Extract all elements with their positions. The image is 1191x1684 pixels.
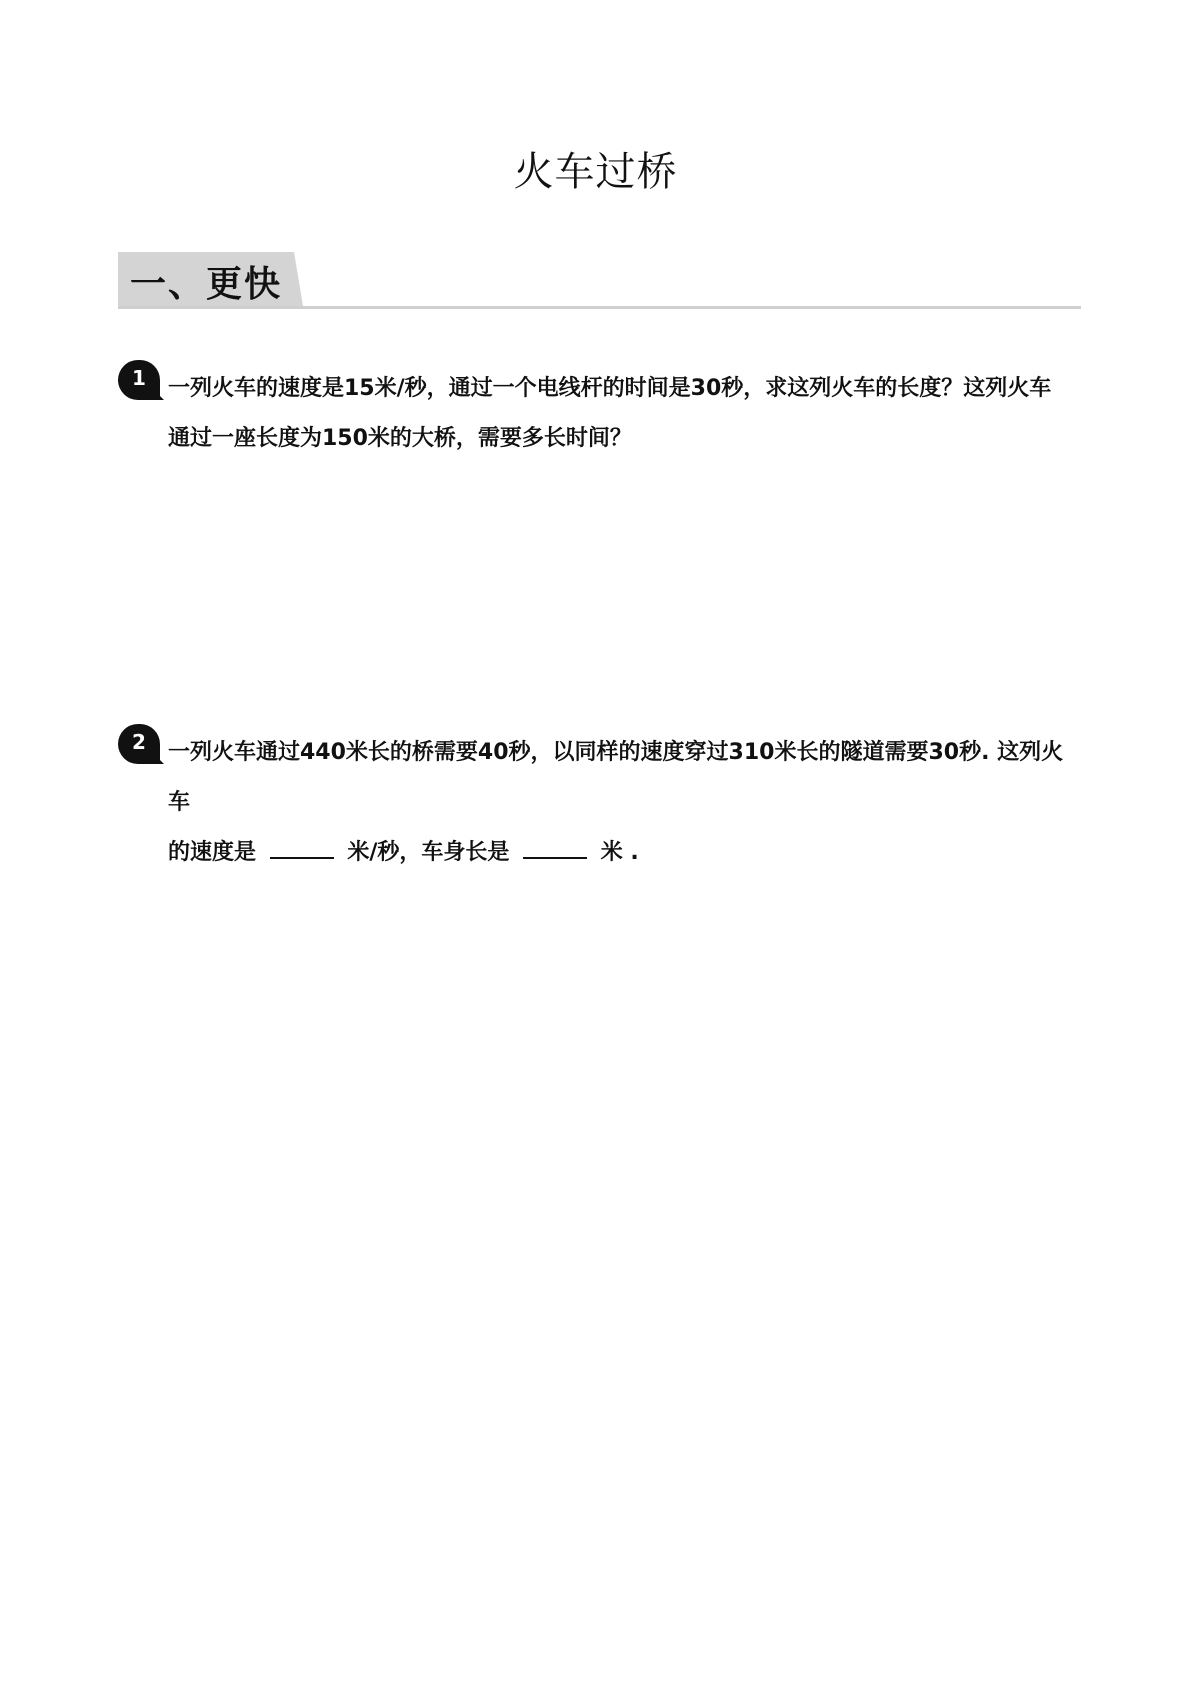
question-text-segment: 米 . xyxy=(601,840,639,865)
answer-blank-length[interactable] xyxy=(523,839,587,859)
question-line-2: 通过一座长度为150米的大桥，需要多长时间？ xyxy=(168,414,1078,464)
question-number-badge: 1 xyxy=(118,360,160,400)
section-label: 一、更快 xyxy=(130,256,282,307)
question-text: 一列火车的速度是15米/秒，通过一个电线杆的时间是30秒，求这列火车的长度？这列… xyxy=(168,364,1078,464)
question-line-1: 一列火车的速度是15米/秒，通过一个电线杆的时间是30秒，求这列火车的长度？这列… xyxy=(168,364,1078,414)
section-header: 一、更快 xyxy=(118,250,1081,310)
question-line-2: 的速度是 米/秒，车身长是 米 . xyxy=(168,828,1078,878)
answer-blank-speed[interactable] xyxy=(270,839,334,859)
question-number: 1 xyxy=(132,366,146,390)
page-title: 火车过桥 xyxy=(0,140,1191,197)
question-text: 一列火车通过440米长的桥需要40秒，以同样的速度穿过310米长的隧道需要30秒… xyxy=(168,728,1078,878)
section-divider xyxy=(118,306,1081,309)
question-text-segment: 的速度是 xyxy=(168,840,256,865)
question-line-1: 一列火车通过440米长的桥需要40秒，以同样的速度穿过310米长的隧道需要30秒… xyxy=(168,728,1078,828)
question-number-badge: 2 xyxy=(118,724,160,764)
question-text-segment: 米/秒，车身长是 xyxy=(347,840,509,865)
question-number: 2 xyxy=(132,730,146,754)
